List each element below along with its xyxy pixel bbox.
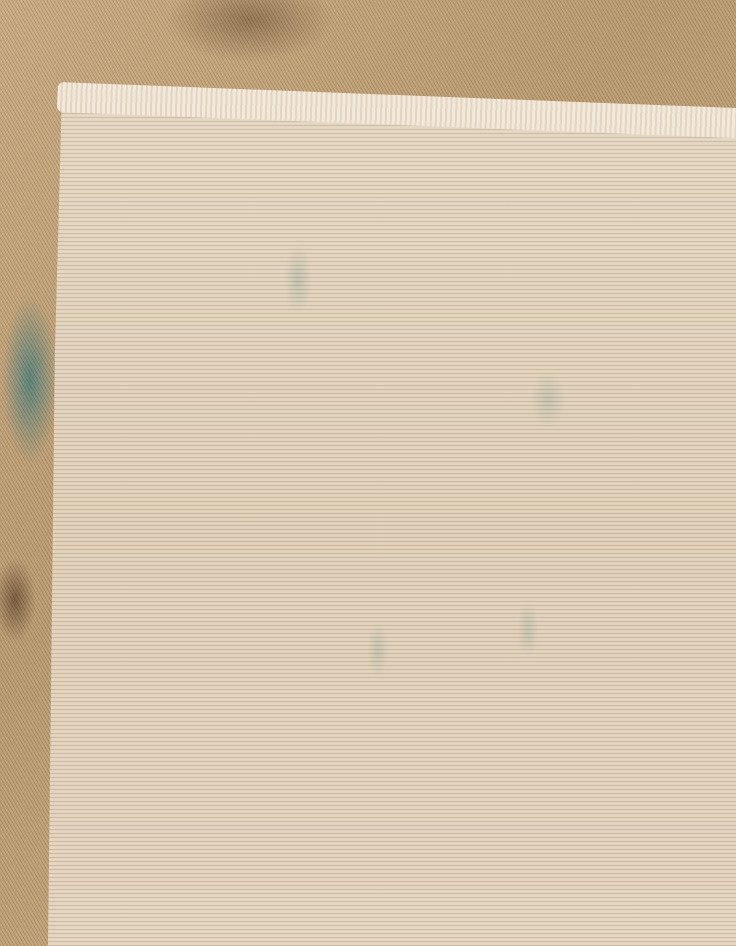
rug-back-weave [48, 100, 736, 946]
